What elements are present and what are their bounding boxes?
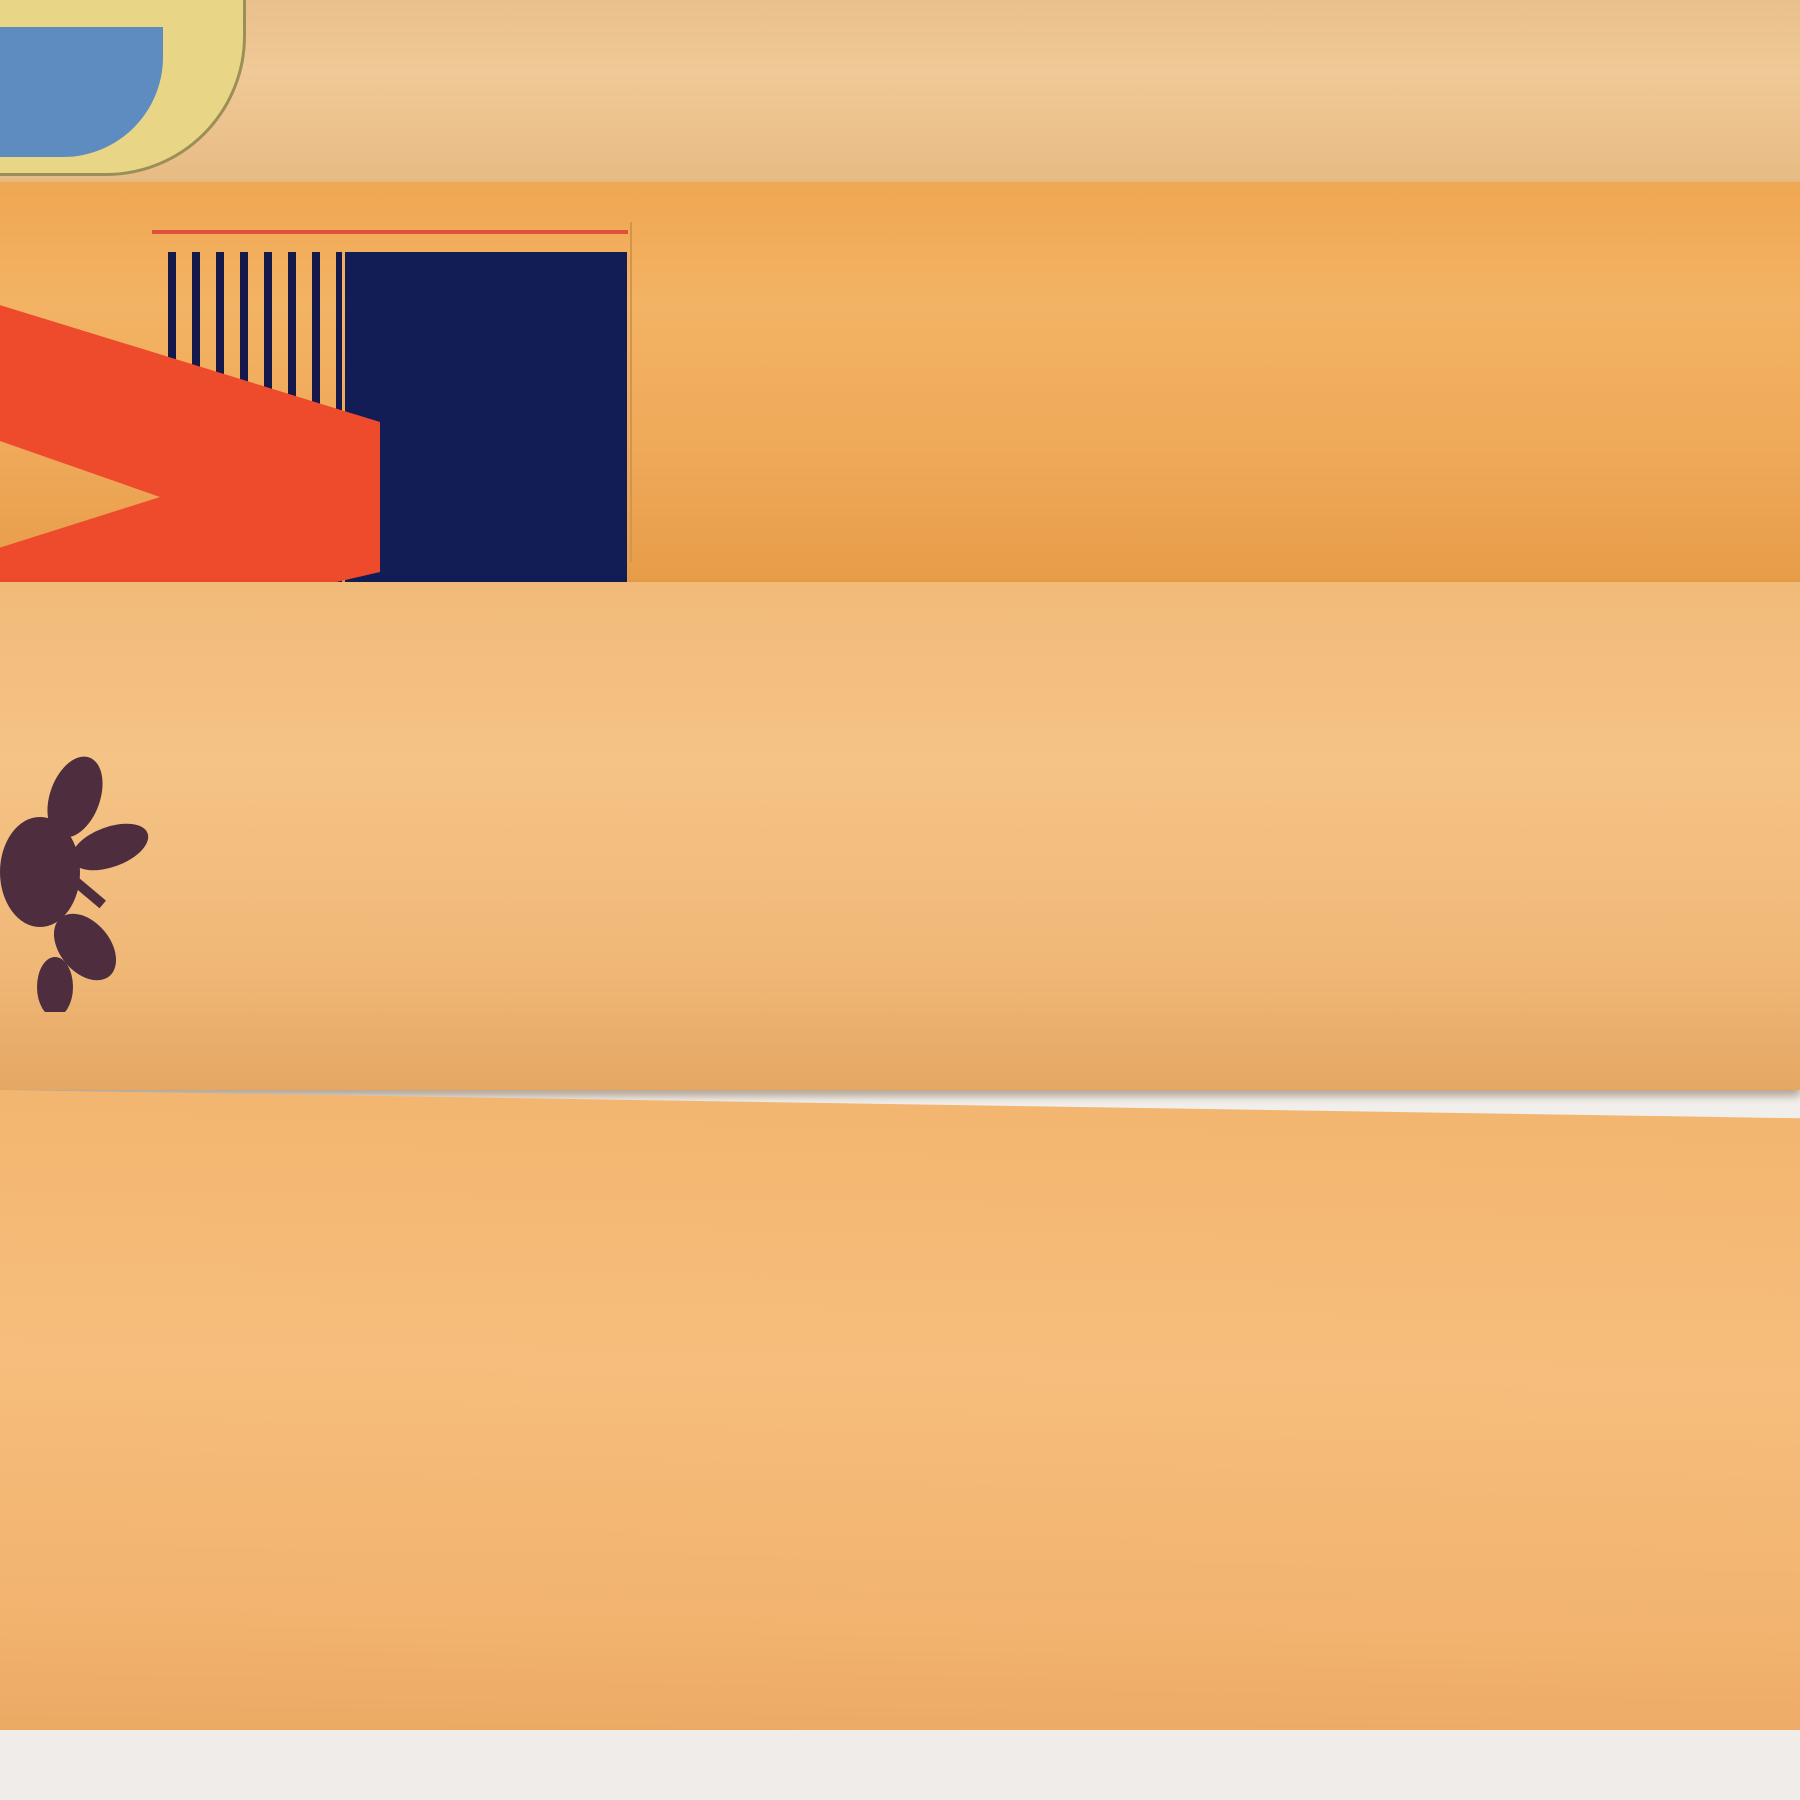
lancashire-bat: [0, 582, 1800, 1090]
bottom-bat-autographs: [0, 1090, 1800, 1778]
table-surface: [0, 1730, 1800, 1800]
top-bat-autographs: [0, 0, 1800, 182]
v12-bat-autographs: [0, 182, 1800, 582]
v12-bat: [0, 182, 1800, 582]
top-bat: [0, 0, 1800, 182]
printed-signatures: [0, 582, 1800, 1090]
bottom-bat: [0, 1090, 1800, 1778]
